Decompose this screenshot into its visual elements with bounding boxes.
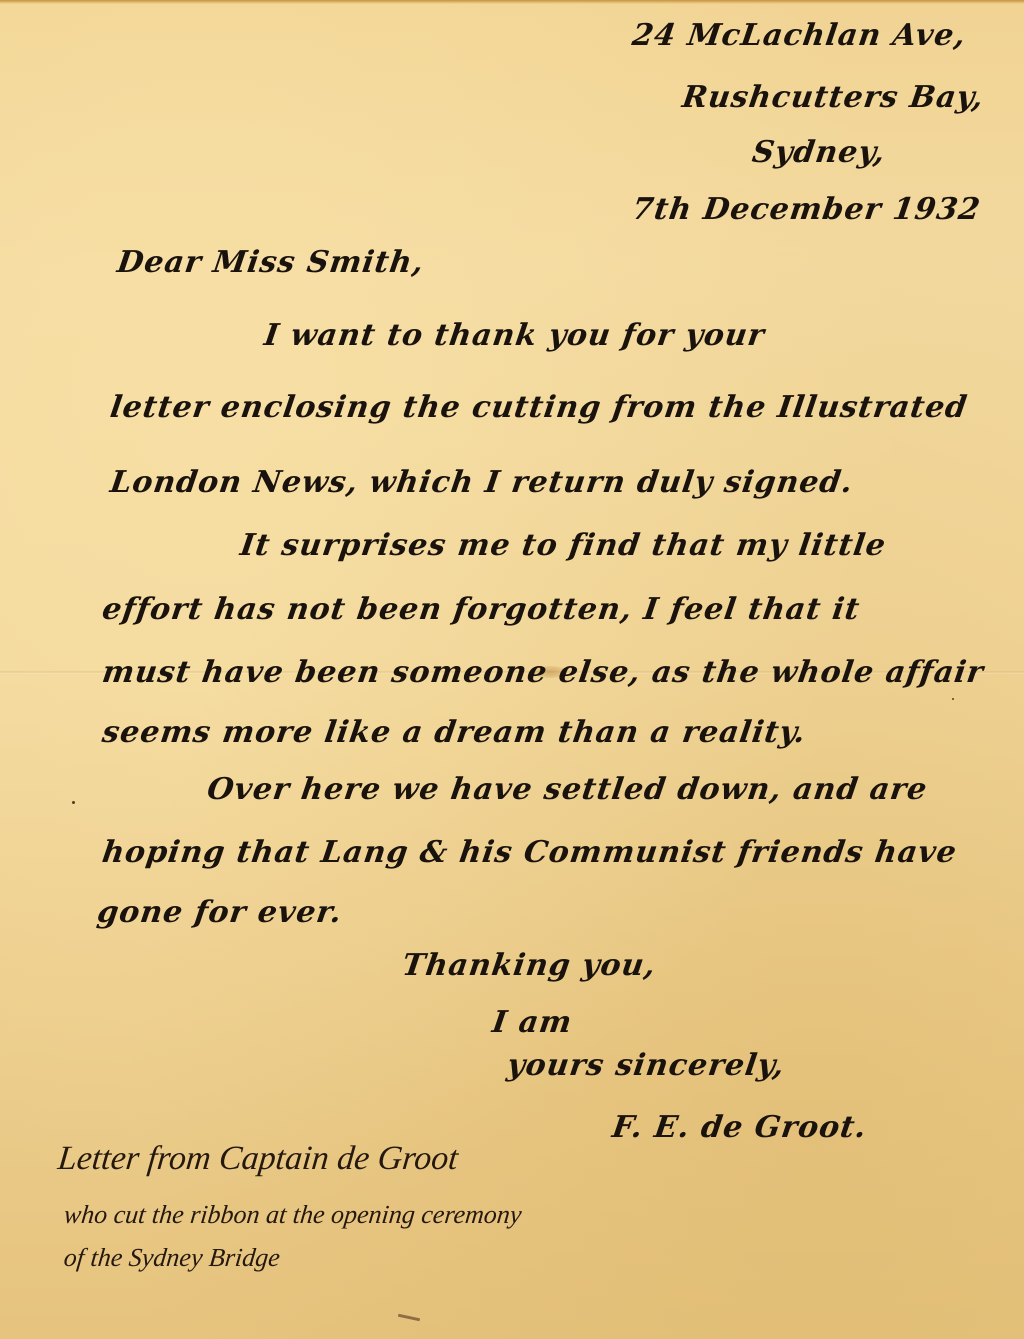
- letter-page: 24 McLachlan Ave, Rushcutters Bay, Sydne…: [0, 0, 1024, 1339]
- body-line: effort has not been forgotten, I feel th…: [100, 592, 862, 627]
- paper-edge: [0, 0, 1024, 4]
- paper-speck: [952, 698, 954, 700]
- paper-speck: [72, 801, 75, 804]
- body-line: gone for ever.: [95, 895, 345, 930]
- body-line: letter enclosing the cutting from the Il…: [108, 390, 970, 425]
- body-line: London News, which I return duly signed.: [108, 465, 855, 500]
- signature: F. E. de Groot.: [610, 1110, 869, 1145]
- letter-date: 7th December 1932: [630, 192, 983, 227]
- body-line: It surprises me to find that my little: [238, 528, 888, 563]
- body-line: I want to thank you for your: [262, 318, 767, 353]
- body-line: Over here we have settled down, and are: [205, 772, 930, 807]
- pencil-mark: [398, 1314, 420, 1322]
- annotation-line-1: Letter from Captain de Groot: [56, 1140, 460, 1178]
- closing-line-2: I am: [490, 1005, 575, 1040]
- body-line: seems more like a dream than a reality.: [100, 715, 808, 750]
- closing-line-3: yours sincerely,: [505, 1048, 787, 1083]
- body-line: hoping that Lang & his Communist friends…: [100, 835, 959, 870]
- salutation: Dear Miss Smith,: [115, 245, 426, 280]
- body-line: must have been someone else, as the whol…: [100, 655, 986, 690]
- address-line-2: Rushcutters Bay,: [680, 80, 986, 115]
- address-line-3: Sydney,: [750, 135, 888, 170]
- closing-line-1: Thanking you,: [400, 948, 658, 983]
- annotation-line-3: of the Sydney Bridge: [62, 1243, 281, 1273]
- address-line-1: 24 McLachlan Ave,: [630, 18, 968, 53]
- annotation-line-2: who cut the ribbon at the opening ceremo…: [62, 1200, 523, 1230]
